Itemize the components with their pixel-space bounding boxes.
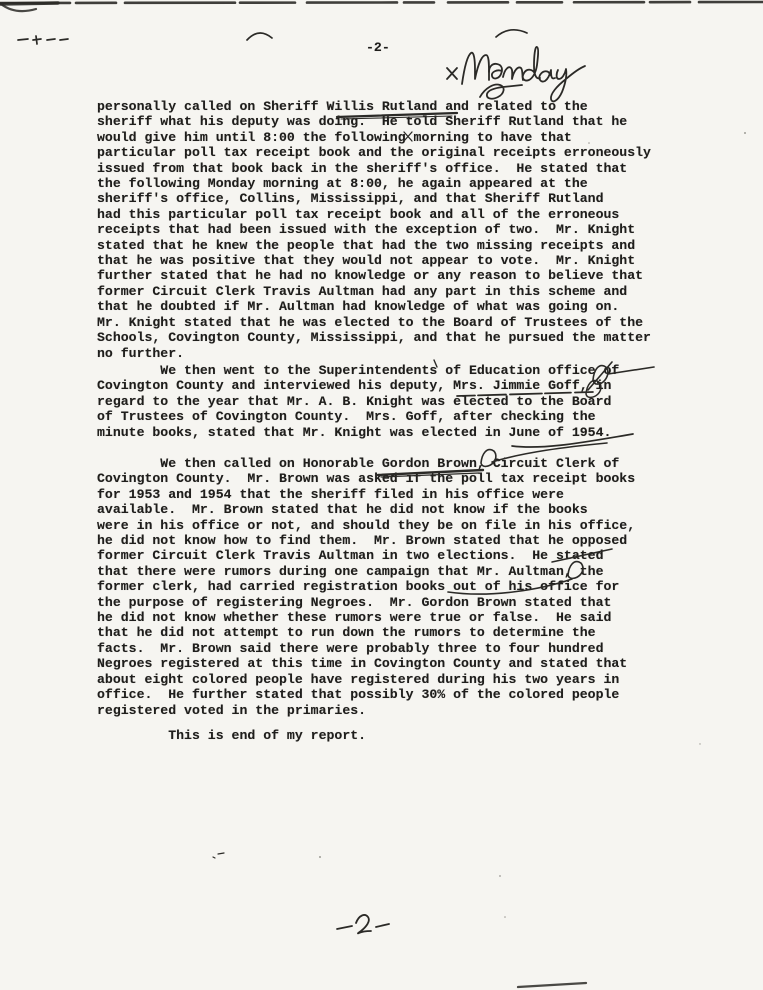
scan-line-bottom-right — [518, 983, 586, 987]
pen-dashes-top-left — [18, 36, 68, 44]
scan-edge-artifact — [0, 2, 763, 11]
pen-arc-right — [496, 30, 527, 37]
paragraph-4-closing: This is end of my report. — [97, 728, 366, 743]
page-number-top: -2- — [366, 40, 390, 55]
handwritten-page-number-bottom — [337, 915, 389, 933]
scanned-document-page: -2- personally called on Sheriff Willis … — [0, 0, 763, 990]
paragraph-2: We then went to the Superintendents of E… — [97, 363, 619, 440]
pen-speck-mark — [213, 853, 224, 858]
paragraph-1: personally called on Sheriff Willis Rutl… — [97, 99, 651, 361]
paragraph-3: We then called on Honorable Gordon Brown… — [97, 456, 635, 718]
pen-arc-left — [247, 33, 272, 40]
handwritten-monday-annotation — [447, 47, 585, 101]
